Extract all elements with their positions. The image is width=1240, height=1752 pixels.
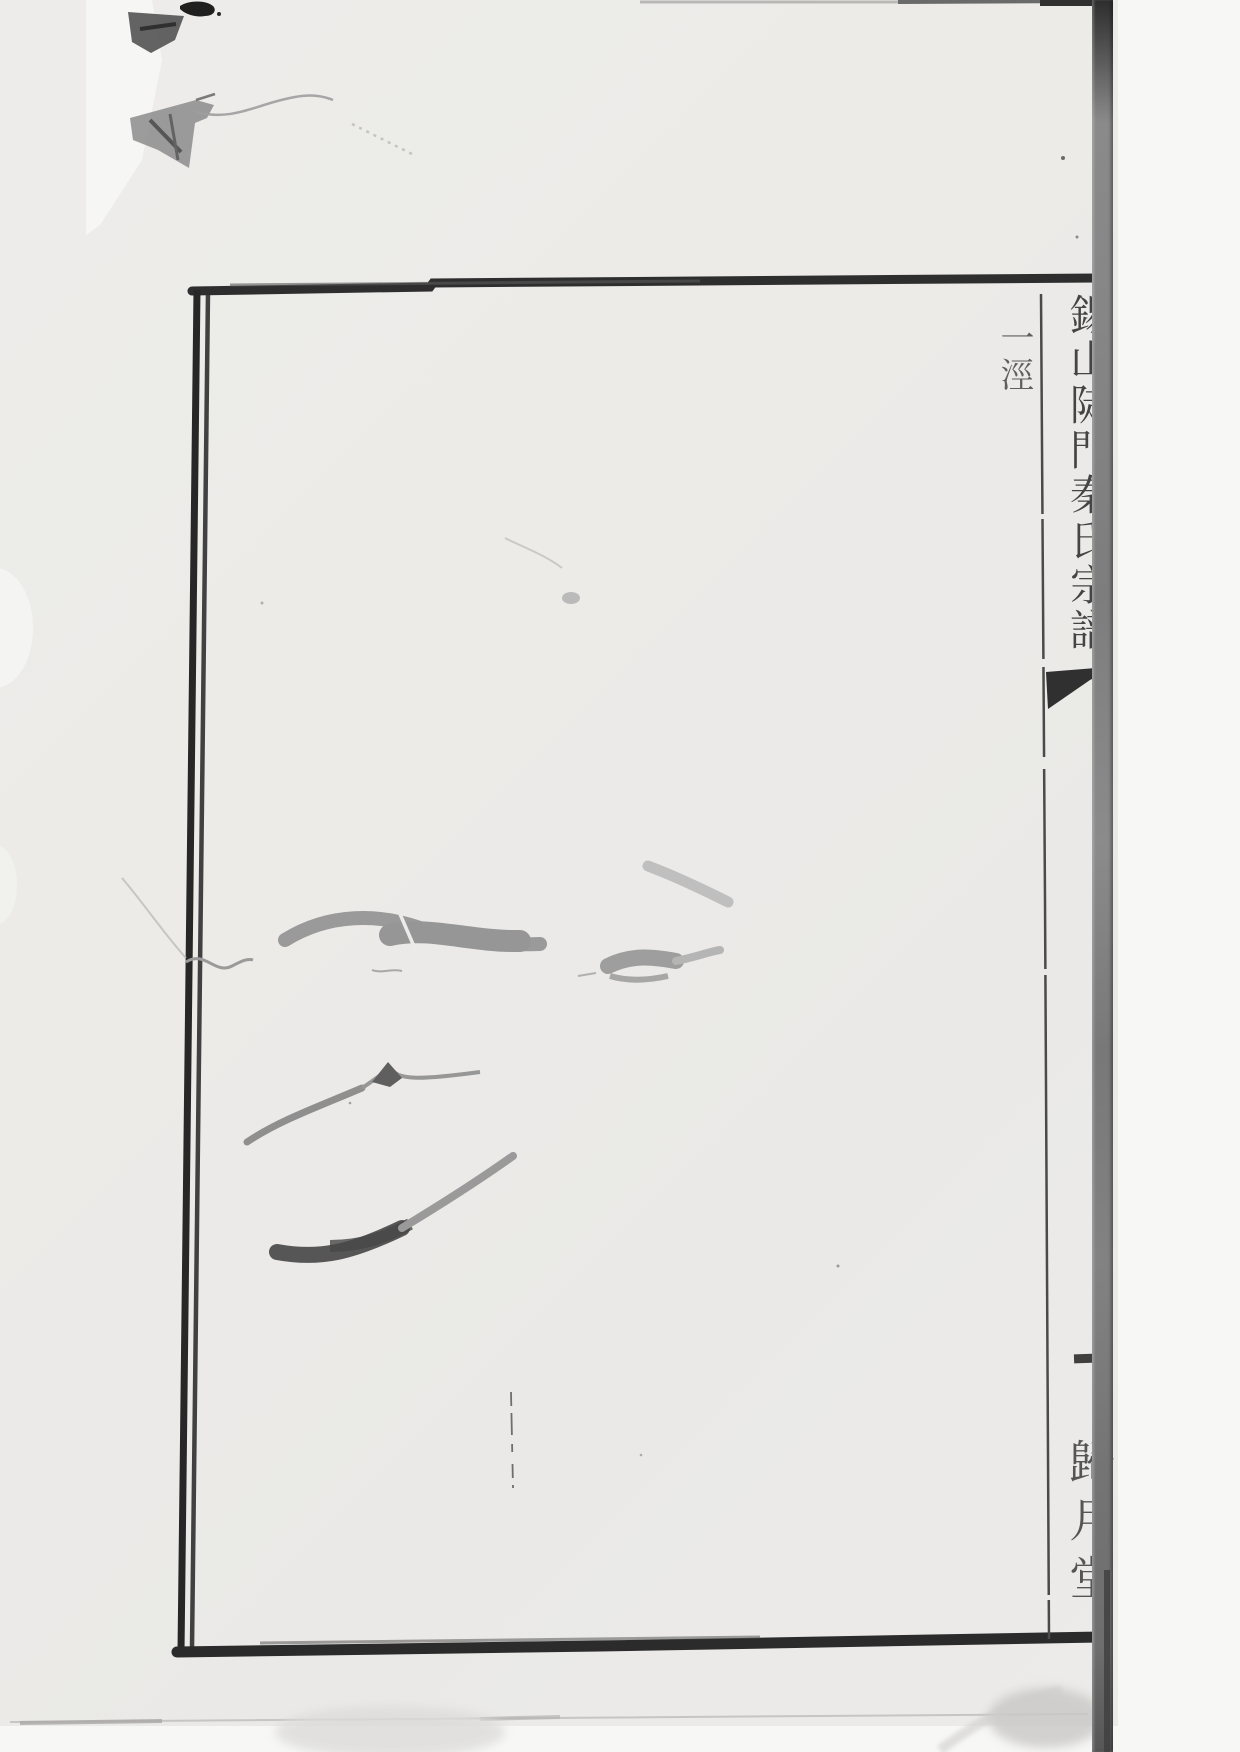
page-edge-band xyxy=(1092,0,1113,1752)
paper-top-edge xyxy=(640,1,1092,3)
torn-corner-marks xyxy=(128,2,412,169)
fishtail-mark xyxy=(1046,668,1096,709)
scan-artifacts-layer xyxy=(0,0,1240,1752)
frame-annotation-text: 一涇 xyxy=(990,320,1039,394)
smudges xyxy=(122,538,728,1255)
minor-marks xyxy=(261,156,1097,1488)
page-edge-dark-strip xyxy=(1104,1570,1110,1752)
scanned-page: 一涇 錫山陡門秦氏宗譜 歸月堂 xyxy=(0,0,1240,1752)
paper-bottom-edge xyxy=(10,1688,1104,1752)
